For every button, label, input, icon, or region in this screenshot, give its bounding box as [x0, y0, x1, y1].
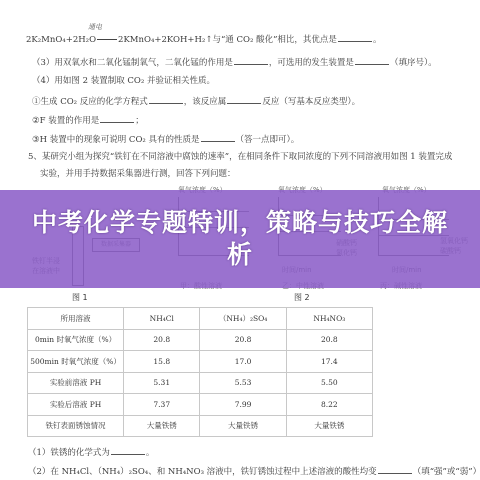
table-cell: 20.8 [200, 329, 286, 351]
table-cell: 5.50 [286, 372, 372, 394]
answer-blank[interactable] [338, 33, 372, 42]
table-header-row: 所用溶液 NH₄Cl （NH₄）₂SO₄ NH₄NO₃ [28, 308, 373, 330]
table-cell: 20.8 [286, 329, 372, 351]
table-row: 实验后溶液 PH 7.37 7.99 8.22 [28, 394, 373, 416]
answer-blank[interactable] [111, 446, 145, 455]
sub-question-2: （2）在 NH₄Cl、（NH₄）₂SO₄、和 NH₄NO₃ 溶液中，铁钉锈蚀过程… [28, 465, 480, 478]
reaction-arrow-icon [97, 39, 117, 40]
question-3: （3）用双氧水和二氧化锰制氧气，二氧化锰的作用是，可选用的发生装置是（填序号）。 [32, 56, 437, 69]
table-header: （NH₄）₂SO₄ [200, 308, 286, 330]
question-4-3: ③H 装置中的现象可说明 CO₂ 具有的性质是（答一点即可）。 [32, 133, 299, 146]
table-cell: 大量铁锈 [286, 415, 372, 437]
table-header: 所用溶液 [28, 308, 124, 330]
table-cell: 500min 时氧气浓度（%） [28, 351, 124, 373]
table-cell: 0min 时氧气浓度（%） [28, 329, 124, 351]
table-cell: 大量铁锈 [124, 415, 200, 437]
answer-blank[interactable] [100, 114, 134, 123]
equation-reactants: 2K₂MnO₄+2H₂O [26, 35, 96, 45]
banner-title: 中考化学专题特训，策略与技巧全解析 [25, 207, 455, 271]
answer-blank[interactable] [355, 56, 389, 65]
question-4-1: ①生成 CO₂ 反应的化学方程式，该反应属反应（写基本反应类型）。 [32, 95, 360, 108]
table-cell: 实验前溶液 PH [28, 372, 124, 394]
sub-question-1: （1）铁锈的化学式为。 [28, 446, 154, 459]
table-cell: 20.8 [124, 329, 200, 351]
results-table: 所用溶液 NH₄Cl （NH₄）₂SO₄ NH₄NO₃ 0min 时氧气浓度（%… [27, 307, 373, 437]
figure-2-caption: 图 2 [294, 292, 310, 303]
title-banner: 中考化学专题特训，策略与技巧全解析 [0, 190, 480, 288]
table-cell: 铁钉表面锈蚀情况 [28, 415, 124, 437]
table-cell: 5.31 [124, 372, 200, 394]
answer-blank[interactable] [149, 95, 183, 104]
question-5-prompt: 5、某研究小组为探究“铁钉在不同溶液中腐蚀的速率”，在相同条件下取同浓度的下列不… [28, 152, 452, 163]
table-header: NH₄Cl [124, 308, 200, 330]
document-page: 通电 2K₂MnO₄+2H₂O2KMnO₄+2KOH+H₂↑与“通 CO₂ 酸化… [0, 0, 480, 480]
electrolysis-condition: 通电 [88, 22, 102, 32]
equation-products: 2KMnO₄+2KOH+H₂↑与“通 CO₂ 酸化”相比，其优点是 [118, 35, 337, 45]
answer-blank[interactable] [378, 465, 412, 474]
table-row: 铁钉表面锈蚀情况 大量铁锈 大量铁锈 大量铁锈 [28, 415, 373, 437]
table-cell: 17.0 [200, 351, 286, 373]
table-cell: 大量铁锈 [200, 415, 286, 437]
table-row: 0min 时氧气浓度（%） 20.8 20.8 20.8 [28, 329, 373, 351]
figure-1-caption: 图 1 [72, 292, 88, 303]
table-cell: 7.99 [200, 394, 286, 416]
question-4: （4）用如图 2 装置制取 CO₂ 并验证相关性质。 [32, 76, 215, 87]
table-cell: 5.53 [200, 372, 286, 394]
table-cell: 7.37 [124, 394, 200, 416]
table-cell: 实验后溶液 PH [28, 394, 124, 416]
table-cell: 8.22 [286, 394, 372, 416]
question-4-2: ②F 装置的作用是； [32, 114, 144, 127]
table-cell: 15.8 [124, 351, 200, 373]
table-header: NH₄NO₃ [286, 308, 372, 330]
answer-blank[interactable] [227, 95, 261, 104]
table-row: 500min 时氧气浓度（%） 15.8 17.0 17.4 [28, 351, 373, 373]
answer-blank[interactable] [201, 133, 235, 142]
table-row: 实验前溶液 PH 5.31 5.53 5.50 [28, 372, 373, 394]
answer-blank[interactable] [234, 56, 268, 65]
question-5-prompt-cont: 实验，并用手持数据采集器进行测，回答下列问题： [40, 169, 236, 180]
table-cell: 17.4 [286, 351, 372, 373]
equation-line: 2K₂MnO₄+2H₂O2KMnO₄+2KOH+H₂↑与“通 CO₂ 酸化”相比… [26, 33, 381, 46]
